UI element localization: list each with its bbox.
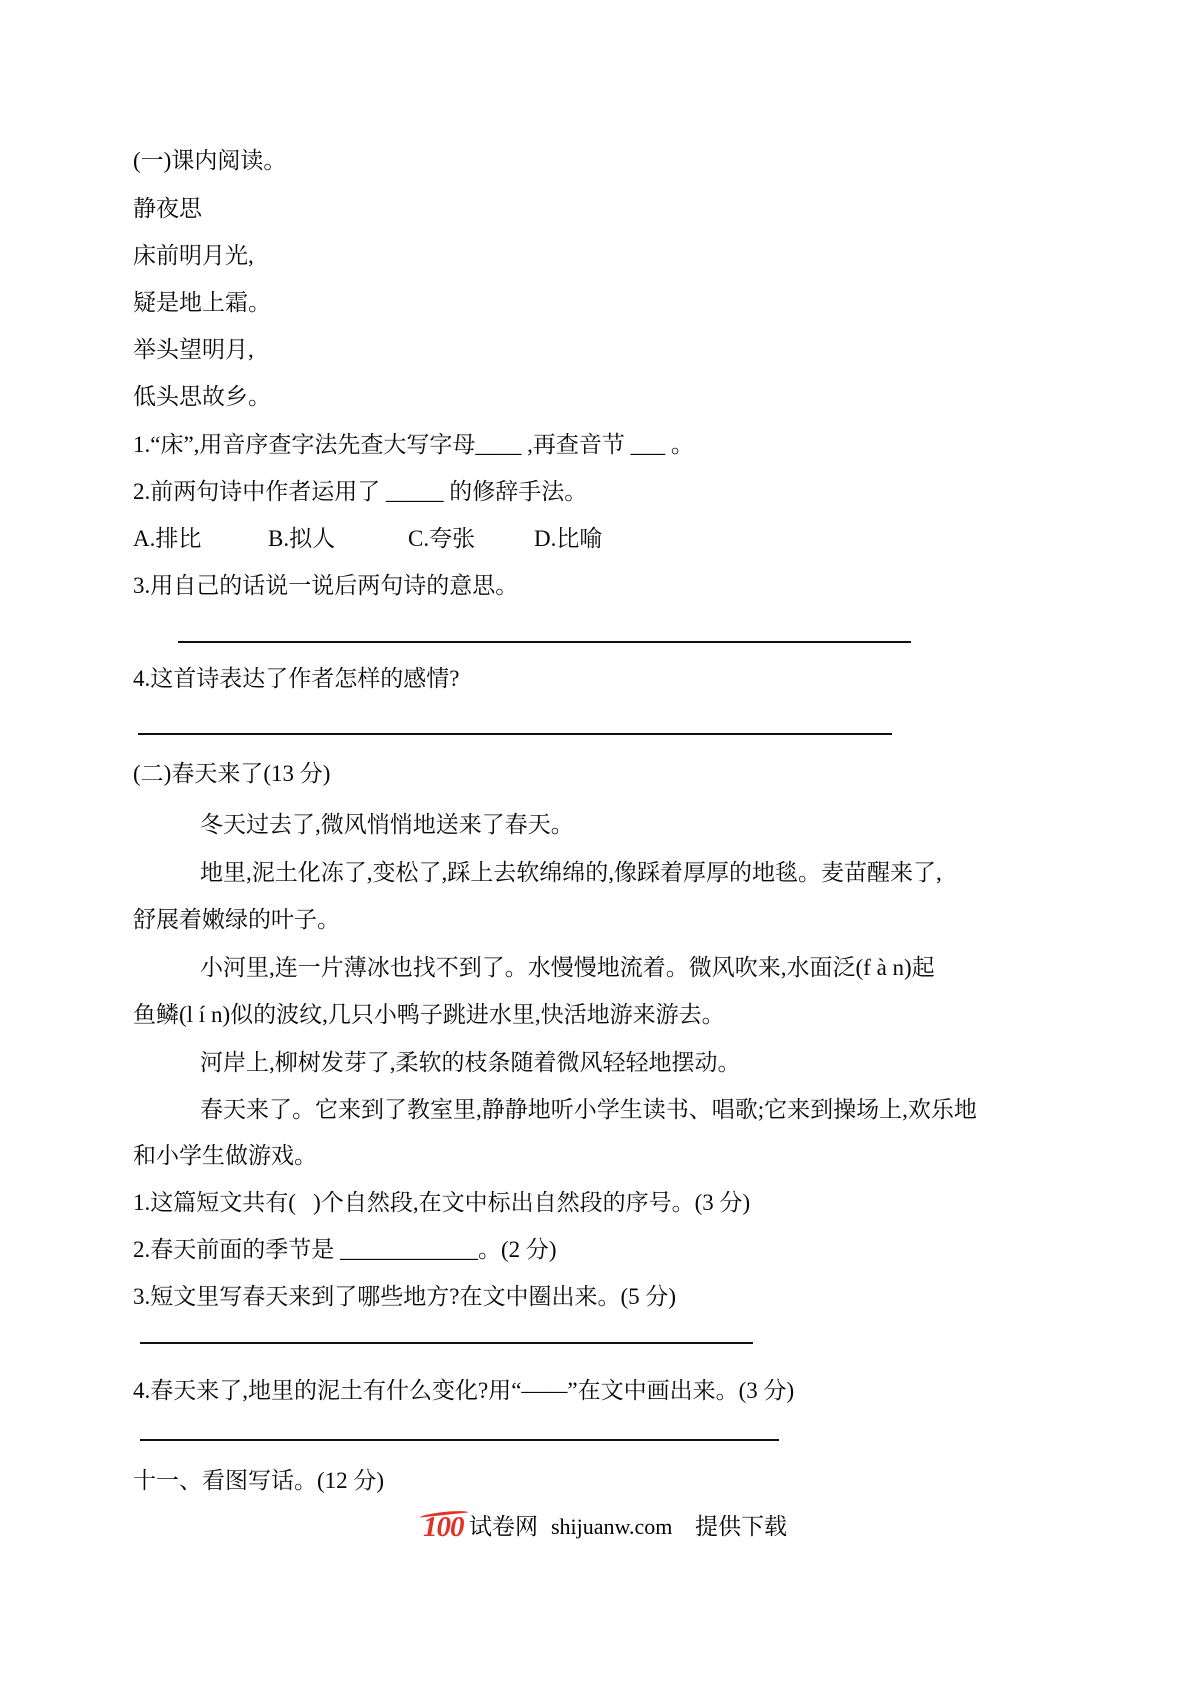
s2-question-3: 3.短文里写春天来到了哪些地方?在文中圈出来。(5 分)	[133, 1282, 676, 1312]
option-d: D.比喻	[534, 524, 602, 554]
passage-para-1: 冬天过去了,微风悄悄地送来了春天。	[200, 810, 574, 840]
s2-question-4: 4.春天来了,地里的泥土有什么变化?用“——”在文中画出来。(3 分)	[133, 1376, 794, 1406]
passage-para-4: 河岸上,柳树发芽了,柔软的枝条随着微风轻轻地摆动。	[200, 1048, 741, 1078]
s1-question-3: 3.用自己的话说一说后两句诗的意思。	[133, 571, 518, 601]
passage-para-5-line-1: 春天来了。它来到了教室里,静静地听小学生读书、唱歌;它来到操场上,欢乐地	[200, 1095, 977, 1125]
download-label: 提供下载	[695, 1512, 787, 1542]
poem-line-1: 床前明月光,	[133, 241, 254, 271]
s1-question-1: 1.“床”,用音序查字法先查大写字母____ ,再查音节 ___ 。	[133, 430, 694, 460]
option-a: A.排比	[133, 524, 201, 554]
passage-para-5-line-2: 和小学生做游戏。	[133, 1141, 317, 1171]
section-one-heading: (一)课内阅读。	[133, 146, 286, 176]
poem-line-3: 举头望明月,	[133, 335, 254, 365]
option-c: C.夸张	[408, 524, 475, 554]
passage-para-2-line-2: 舒展着嫩绿的叶子。	[133, 905, 340, 935]
poem-line-2: 疑是地上霜。	[133, 288, 271, 318]
answer-line-s1q3	[178, 641, 911, 643]
s1-question-2: 2.前两句诗中作者运用了 _____ 的修辞手法。	[133, 477, 587, 507]
mc-options-row: A.排比 B.拟人 C.夸张 D.比喻	[0, 524, 23, 704]
answer-line-s2q3	[140, 1342, 753, 1344]
poem-title: 静夜思	[133, 194, 202, 224]
answer-line-s1q4	[138, 733, 892, 735]
answer-line-s2q4	[140, 1439, 779, 1441]
poem-line-4: 低头思故乡。	[133, 382, 271, 412]
passage-para-3-line-1: 小河里,连一片薄冰也找不到了。水慢慢地流着。微风吹来,水面泛(f à n)起	[200, 953, 935, 983]
passage-para-2-line-1: 地里,泥土化冻了,变松了,踩上去软绵绵的,像踩着厚厚的地毯。麦苗醒来了,	[200, 858, 942, 888]
s2-question-1: 1.这篇短文共有( )个自然段,在文中标出自然段的序号。(3 分)	[133, 1188, 750, 1218]
site-url: shijuanw.com	[551, 1512, 672, 1542]
s2-question-2: 2.春天前面的季节是 ____________。(2 分)	[133, 1235, 557, 1265]
logo-site-name: 试卷网	[469, 1512, 538, 1542]
s1-question-4: 4.这首诗表达了作者怎样的感情?	[133, 664, 459, 694]
section-two-heading: (二)春天来了(13 分)	[133, 759, 330, 789]
document-page: (一)课内阅读。 静夜思 床前明月光, 疑是地上霜。 举头望明月, 低头思故乡。…	[0, 0, 1191, 1684]
option-b: B.拟人	[268, 524, 335, 554]
passage-para-3-line-2: 鱼鳞(l í n)似的波纹,几只小鸭子跳进水里,快活地游来游去。	[133, 1000, 725, 1030]
section-eleven-heading: 十一、看图写话。(12 分)	[133, 1466, 384, 1496]
